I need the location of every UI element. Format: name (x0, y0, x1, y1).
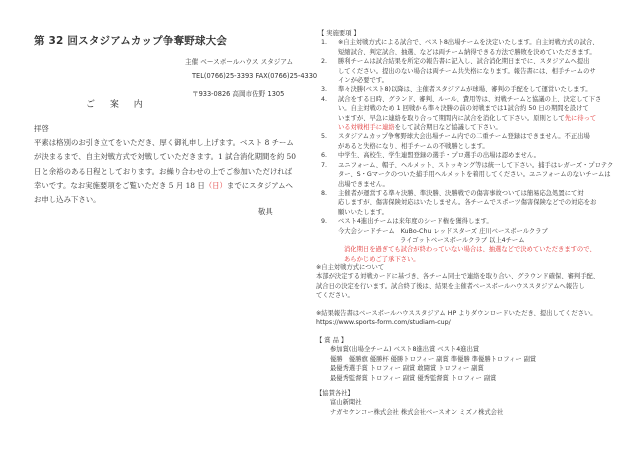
highlight-text: いる対戦相手に連絡 (338, 124, 395, 131)
guideline-line: いる対戦相手に連絡をして試合期日など協議して下さい。 (338, 123, 626, 132)
item-number: 3. (321, 85, 327, 94)
guideline-item: 2.勝利チームは試合結果を所定の報告書に記入し、試合消化期日までに、スタジアムへ… (318, 57, 626, 85)
guideline-line: 短縮試合、判定試合、抽選、などは両チーム納得できる方法で勝敗を決めていただきます… (338, 48, 626, 57)
item-number: 8. (321, 189, 327, 198)
sponsor-line: 富山新聞社 (316, 398, 624, 407)
guideline-line: してください。提出のない場合は両チーム共失格になります。報告書には、相手チームの… (338, 67, 626, 76)
guideline-line: 願いいたします。 (338, 208, 626, 217)
guidelines-list: 1.※自主対戦方式による試合で、ベスト8出場チームを決定いたします。自主対戦方式… (318, 38, 626, 226)
guideline-line: があると失格になり、相手チームの不戦勝とします。 (338, 142, 626, 151)
guideline-item: 7.ユニフォーム、帽子、ヘルメット、ストッキング等は統一して下さい。捕手はレガー… (318, 161, 626, 189)
guideline-line: 勝利チームは試合結果を所定の報告書に記入し、試合消化期日までに、スタジアムへ提出 (338, 57, 626, 66)
guideline-line: 主催者が運営する準々決勝、準決勝、決勝戦での傷害事故ついては簡易応急処置にて対 (338, 189, 626, 198)
seed-teams: 今大会シードチーム KuBo-Chu レッドスターズ 庄川ベースボールクラブ (318, 227, 626, 236)
self-match-line: てください。 (316, 291, 624, 300)
notice-heading: ご 案 内 (86, 97, 149, 110)
guideline-line: 準々決勝(ベスト8)以降は、主催者スタジアムが球場、審判の手配をして運営いたしま… (338, 85, 626, 94)
guideline-item: 3.準々決勝(ベスト8)以降は、主催者スタジアムが球場、審判の手配をして運営いた… (318, 85, 626, 94)
guideline-line: ター、S・Gマークのついた捕手用ヘルメットを着用してください。ユニフォームのない… (338, 170, 626, 179)
deadline-weekday: （日） (205, 181, 227, 190)
contact-phone-fax: TEL(0766)25-3393 FAX(0766)25-4330 (192, 72, 317, 80)
guideline-line: 試合をする日時、グランド、審判、ルール、費用等は、対戦チームと協議の上、決定して… (338, 95, 626, 104)
item-number: 7. (321, 161, 327, 170)
guideline-text: をして試合期日など協議して下さい。 (395, 124, 502, 131)
closing: 敬具 (258, 206, 273, 217)
item-number: 5. (321, 132, 327, 141)
guideline-item: 1.※自主対戦方式による試合で、ベスト8出場チームを決定いたします。自主対戦方式… (318, 38, 626, 57)
guidelines-section: 【 実施要項 】 1.※自主対戦方式による試合で、ベスト8出場チームを決定いたし… (318, 29, 626, 264)
self-match-line: 本部が決定する対戦カードに基づき、各チーム同士で連絡を取り合い、グラウンド確保、… (316, 272, 624, 281)
seed-teams-cont: ライゴットベースボールクラブ 以上4チーム (318, 236, 626, 245)
seed-label: 今大会シードチーム (338, 228, 395, 235)
sponsors-section: 【協賛各社】 富山新聞社 ナガセケンコー株式会社 株式会社ベースオン ミズノ株式… (316, 389, 624, 417)
address: 〒933-0826 高岡市佐野 1305 (192, 88, 284, 98)
item-number: 9. (321, 217, 327, 226)
sponsors-heading: 【協賛各社】 (316, 389, 624, 398)
highlight-text: 先に待って (565, 115, 596, 122)
guideline-line: 出場できません。 (338, 180, 626, 189)
sponsor-line: ナガセケンコー株式会社 株式会社ベースオン ミズノ株式会社 (316, 408, 624, 417)
letter-text: までにスタジアムへ (227, 181, 293, 190)
self-match-heading: ※自主対戦方式について (316, 263, 624, 272)
salutation: 拝啓 (34, 122, 296, 136)
warning-line: 消化期日を過ぎても試合が終わっていない場合は、抽選などで決めていただきますので、 (318, 245, 626, 254)
guideline-line: ユニフォーム、帽子、ヘルメット、ストッキング等は統一して下さい。捕手はレガーズ・… (338, 161, 626, 170)
item-number: 2. (321, 57, 327, 66)
guideline-item: 5.スタジアムカップ争奪野球大会出場チーム内での二重チーム登録はできません。不正… (318, 132, 626, 151)
letter-line: お申し込み下さい。 (34, 193, 296, 207)
letter-text: 幸いです。なお実施要項をご覧いただき 5 月 18 日 (34, 181, 205, 190)
guideline-line: ※自主対戦方式による試合で、ベスト8出場チームを決定いたします。自主対戦方式の試… (338, 38, 626, 47)
letter-line: 平素は格別のお引き立てをいただき、厚く御礼申し上げます。ベスト 8 チーム (34, 136, 296, 150)
self-match-section: ※自主対戦方式について 本部が決定する対戦カードに基づき、各チーム同士で連絡を取… (316, 263, 624, 327)
report-url-link[interactable]: https://www.sports-form.com/studiam-cup/ (316, 319, 451, 326)
guideline-item: 9.ベスト4進出チームは来年度のシード権を獲得します。 (318, 217, 626, 226)
prize-line: 優勝 優勝旗 優勝杯 優勝トロフィー 副賞 準優勝 準優勝トロフィー 副賞 (316, 355, 624, 364)
guideline-line: 中学生、高校生、学生連盟登録の選手・プロ選手の出場は認めません。 (338, 151, 626, 160)
guideline-item: 8.主催者が運営する準々決勝、準決勝、決勝戦での傷害事故ついては簡易応急処置にて… (318, 189, 626, 217)
guideline-line: ベスト4進出チームは来年度のシード権を獲得します。 (338, 217, 626, 226)
guideline-line: インが必要です。 (338, 76, 626, 85)
organizer: 主催 ベースボールハウス スタジアム (185, 56, 293, 66)
guideline-line: スタジアムカップ争奪野球大会出場チーム内での二重チーム登録はできません。不正出場 (338, 132, 626, 141)
prize-line: 最優秀選手賞 トロフィー 副賞 敢闘賞 トロフィー 副賞 (316, 364, 624, 373)
guideline-item: 6.中学生、高校生、学生連盟登録の選手・プロ選手の出場は認めません。 (318, 151, 626, 160)
item-number: 4. (321, 95, 327, 104)
letter-body: 拝啓 平素は格別のお引き立てをいただき、厚く御礼申し上げます。ベスト 8 チーム… (34, 122, 296, 207)
guideline-line: いますが、早急に連絡を取り合って期間内に試合を消化して下さい。原則として先に待っ… (338, 114, 626, 123)
guideline-line: い。自主対戦のため 1 回戦から準々決勝の前の対戦までは1試合約 50 日の期間… (338, 104, 626, 113)
seed-teams-list: KuBo-Chu レッドスターズ 庄川ベースボールクラブ (401, 228, 548, 235)
guidelines-heading: 【 実施要項 】 (318, 29, 626, 38)
item-number: 1. (321, 38, 327, 47)
letter-line: 日と余裕のある日程としております。お繰り合わせの上でご参加いただければ (34, 165, 296, 179)
guideline-line: 応しますが、傷害保険対応はいたしません。各チームでスポーツ傷害保険などでの対応を… (338, 198, 626, 207)
prizes-heading: 【 賞 品 】 (316, 336, 624, 345)
guideline-text: いますが、早急に連絡を取り合って期間内に試合を消化して下さい。原則として (338, 115, 565, 122)
letter-line: 幸いです。なお実施要項をご覧いただき 5 月 18 日（日）までにスタジアムへ (34, 179, 296, 193)
self-match-line: 試合日の決定を行います。試合終了後は、結果を主催者ベースボールハウススタジアムへ… (316, 282, 624, 291)
guideline-item: 4.試合をする日時、グランド、審判、ルール、費用等は、対戦チームと協議の上、決定… (318, 95, 626, 133)
page-title: 第 32 回スタジアムカップ争奪野球大会 (34, 33, 227, 48)
item-number: 6. (321, 151, 327, 160)
prize-line: 参加賞(出場全チーム) ベスト8進出賞 ベスト4進出賞 (316, 345, 624, 354)
prizes-section: 【 賞 品 】 参加賞(出場全チーム) ベスト8進出賞 ベスト4進出賞 優勝 優… (316, 336, 624, 383)
prize-line: 最優秀監督賞 トロフィー 副賞 優秀監督賞 トロフィー 副賞 (316, 374, 624, 383)
letter-line: が決まるまで、自主対戦方式で対戦していただきます。1 試合消化期間を約 50 (34, 150, 296, 164)
report-note: ※結果報告書はベースボールハウススタジアム HP よりダウンロードいただき、提出… (316, 309, 624, 318)
